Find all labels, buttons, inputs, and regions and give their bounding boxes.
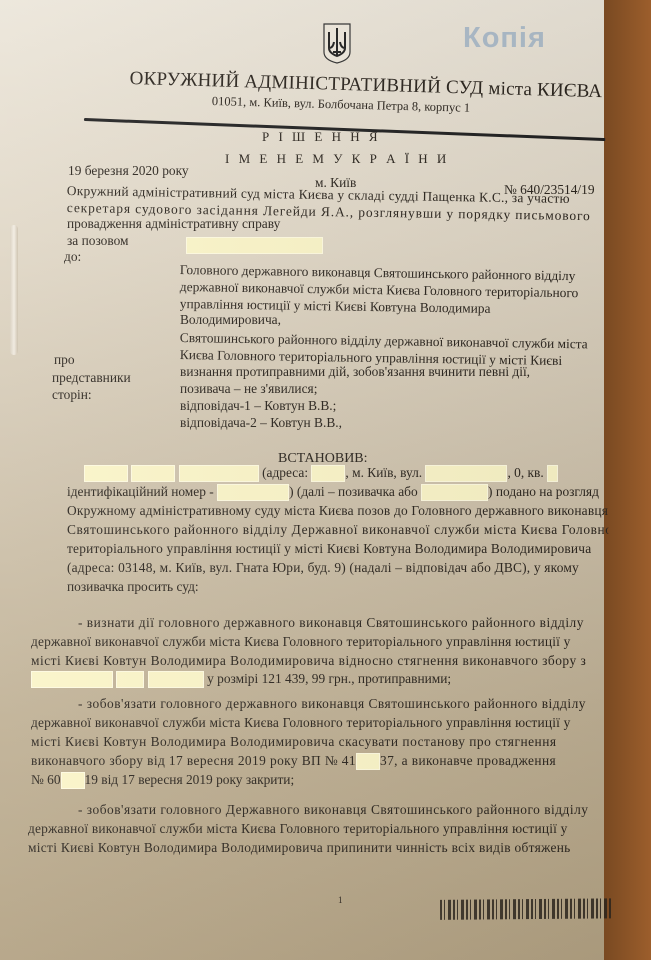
text: ідентифікаційний номер - bbox=[67, 484, 214, 499]
intro-line: секретаря судового засідання Легейди Я.А… bbox=[67, 200, 591, 224]
page-number: 1 bbox=[338, 895, 343, 905]
label-claim: за позовом bbox=[67, 233, 129, 249]
defendant-1-line: Головного державного виконавця Святошинс… bbox=[180, 262, 576, 284]
barcode-icon bbox=[440, 898, 640, 920]
request-line: місті Києві Ковтун Володимира Володимиро… bbox=[31, 734, 557, 750]
text: , 0, кв. bbox=[507, 465, 543, 480]
decision-city: м. Київ bbox=[315, 175, 356, 191]
redacted-number bbox=[356, 753, 380, 770]
label-parties: сторін: bbox=[52, 387, 92, 403]
redacted-alias bbox=[421, 484, 488, 501]
redacted-id-number bbox=[217, 484, 289, 501]
court-name: ОКРУЖНИЙ АДМІНІСТРАТИВНИЙ СУД міста КИЄВ… bbox=[129, 68, 602, 103]
defendant-1-line: Володимировича, bbox=[180, 312, 281, 328]
text: № 60 bbox=[31, 772, 61, 787]
request-line: державної виконавчої служби міста Києва … bbox=[31, 634, 571, 650]
request-line: у розмірі 121 439, 99 грн., протиправним… bbox=[31, 671, 451, 688]
redacted-zip bbox=[311, 465, 345, 482]
text: у розмірі 121 439, 99 грн., протиправним… bbox=[207, 671, 451, 686]
case-number: № 640/23514/19 bbox=[504, 182, 595, 198]
court-address: 01051, м. Київ, вул. Болбочана Петра 8, … bbox=[212, 94, 471, 116]
redacted-apartment bbox=[547, 465, 558, 482]
intro-line: провадження адміністративну справу bbox=[67, 216, 280, 232]
text: (адреса: bbox=[262, 465, 308, 480]
request-line: виконавчого збору від 17 вересня 2019 ро… bbox=[31, 753, 556, 770]
redacted-name bbox=[31, 671, 113, 688]
decision-date: 19 березня 2020 року bbox=[68, 163, 189, 179]
representative-line: позивача – не з'явилися; bbox=[180, 381, 317, 397]
intro-line: Окружний адміністративний суд міста Києв… bbox=[67, 183, 570, 207]
label-subject: про bbox=[54, 352, 75, 368]
text: ) подано на розгляд bbox=[488, 484, 599, 499]
request-line: державної виконавчої служби міста Києва … bbox=[28, 821, 568, 837]
defendant-2-line: Києва Головного територіального управлін… bbox=[180, 347, 562, 369]
defendant-2-line: Святошинського районного відділу державн… bbox=[180, 330, 588, 352]
request-line: - зобов'язати головного Державного викон… bbox=[78, 802, 588, 818]
redacted-surname bbox=[84, 465, 128, 482]
redacted-street bbox=[425, 465, 507, 482]
defendant-1-line: управління юстиції у місті Києві Ковтуна… bbox=[180, 296, 491, 317]
request-line: № 6019 від 17 вересня 2019 року закрити; bbox=[31, 772, 294, 789]
subject-text: визнання протиправними дій, зобов'язання… bbox=[180, 364, 530, 380]
established-line: територіального управління юстиції у міс… bbox=[67, 541, 591, 557]
request-line: місті Києві Ковтун Володимира Володимиро… bbox=[31, 653, 586, 669]
text: 19 від 17 вересня 2019 року закрити; bbox=[85, 772, 295, 787]
representative-line: відповідач-1 – Ковтун В.В.; bbox=[180, 398, 336, 414]
paper-fold bbox=[10, 225, 18, 355]
request-line: - зобов'язати головного державного викон… bbox=[78, 696, 586, 712]
court-decision-page: Копія ОКРУЖНИЙ АДМІНІСТРАТИВНИЙ СУД міст… bbox=[0, 0, 604, 960]
redacted-patronymic bbox=[179, 465, 259, 482]
label-to: до: bbox=[64, 249, 81, 265]
established-line: Святошинського районного відділу Державн… bbox=[67, 522, 626, 538]
copy-stamp: Копія bbox=[463, 22, 546, 55]
representative-line: відповідача-2 – Ковтун В.В., bbox=[180, 415, 342, 431]
established-line: ідентифікаційний номер - ) (далі – позив… bbox=[67, 484, 599, 501]
redacted-number bbox=[61, 772, 85, 789]
text: 37, а виконавче провадження bbox=[380, 753, 556, 768]
request-line: державної виконавчої служби міста Києва … bbox=[31, 715, 571, 731]
redacted-name bbox=[116, 671, 144, 688]
request-line: місті Києві Ковтун Володимира Володимиро… bbox=[28, 840, 571, 856]
redacted-name bbox=[131, 465, 175, 482]
label-representatives: представники bbox=[52, 370, 131, 386]
established-heading: ВСТАНОВИВ: bbox=[278, 451, 368, 467]
ukraine-trident-icon bbox=[322, 22, 352, 64]
redacted-name bbox=[148, 671, 204, 688]
established-line: Окружному адміністративному суду міста К… bbox=[67, 503, 608, 519]
redacted-plaintiff bbox=[186, 237, 323, 254]
established-line: позивачка просить суд: bbox=[67, 579, 199, 595]
text: ) (далі – позивачка або bbox=[289, 484, 418, 499]
established-line: (адреса: 03148, м. Київ, вул. Гната Юри,… bbox=[67, 560, 579, 576]
header-rule bbox=[84, 118, 619, 142]
defendant-1-line: державної виконавчої служби міста Києва … bbox=[180, 279, 579, 301]
document-type: Р І Ш Е Н Н Я bbox=[262, 129, 381, 145]
text: , м. Київ, вул. bbox=[345, 465, 422, 480]
established-line: (адреса: , м. Київ, вул. , 0, кв. bbox=[84, 465, 558, 482]
in-name-of-ukraine: І М Е Н Е М У К Р А Ї Н И bbox=[225, 151, 449, 167]
request-line: - визнати дії головного державного викон… bbox=[78, 615, 584, 631]
text: виконавчого збору від 17 вересня 2019 ро… bbox=[31, 753, 356, 768]
